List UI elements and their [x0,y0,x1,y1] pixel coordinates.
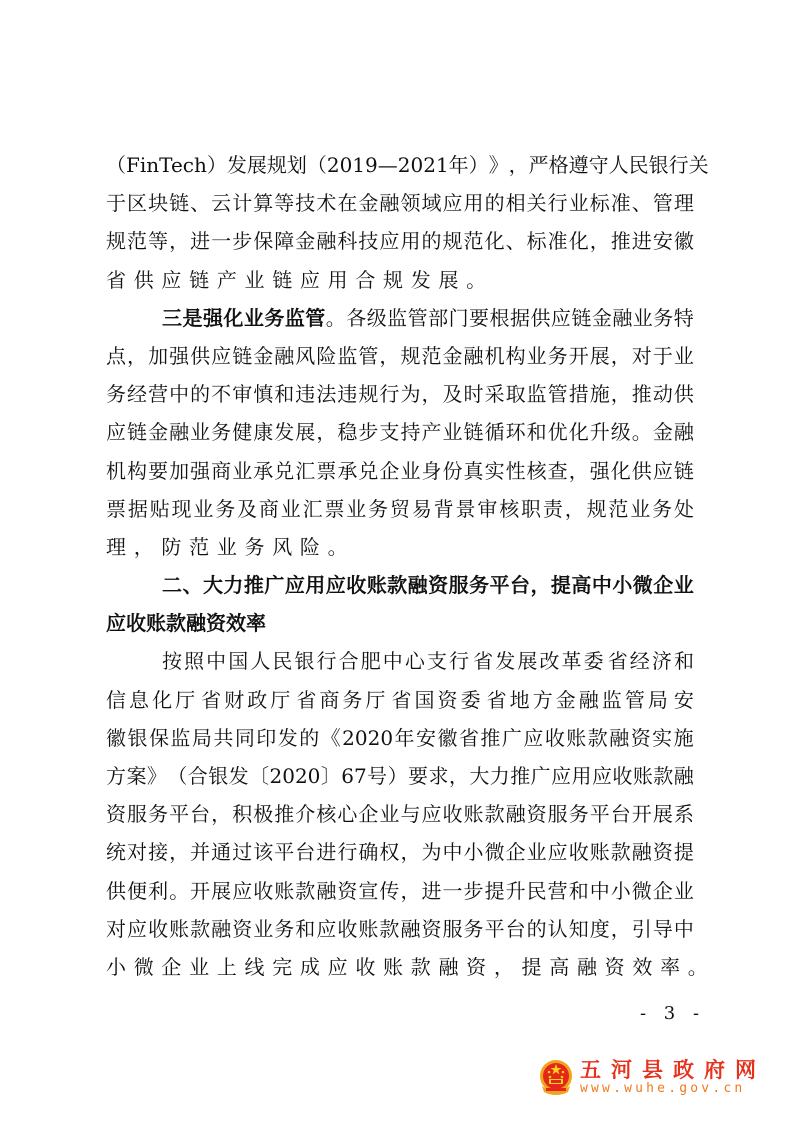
watermark-url: www.wuhe.gov.cn [580,1082,766,1096]
text-line: 按照中国人民银行合肥中心支行 省发展改革委 省经济和 [106,642,694,680]
site-watermark: 五河县政府网 www.wuhe.gov.cn [538,1058,766,1096]
text-line: 徽银保监局共同印发的《2020年安徽省推广应收账款融资实施 [106,719,694,757]
text-line: 小微企业上线完成应收账款融资，提高融资效率。 [106,948,694,986]
text-line: 省供应链产业链应用合规发展。 [106,261,694,299]
section-heading: 二、大力推广应用应收账款融资服务平台，提高中小微企业 [106,566,694,604]
text-line: 规范等，进一步保障金融科技应用的规范化、标准化，推进安徽 [106,222,694,260]
text-line: 统对接，并通过该平台进行确权，为中小微企业应收账款融资提 [106,833,694,871]
text-line: 于区块链、云计算等技术在金融领域应用的相关行业标准、管理 [106,184,694,222]
text-line: 点，加强供应链金融风险监管，规范金融机构业务开展，对于业 [106,337,694,375]
text-line: 应链金融业务健康发展，稳步支持产业链循环和优化升级。金融 [106,413,694,451]
text-line: 票据贴现业务及商业汇票业务贸易背景审核职责，规范业务处 [106,490,694,528]
text-line: 务经营中的不审慎和违法违规行为，及时采取监管措施，推动供 [106,375,694,413]
section-heading: 应收账款融资效率 [106,604,694,642]
text-line: （FinTech）发展规划（2019—2021年）》，严格遵守人民银行关 [106,146,694,184]
page-number: - 3 - [640,1003,705,1024]
section-lead-line: 三是强化业务监管。各级监管部门要根据供应链金融业务特 [106,299,694,337]
text-line: 资服务平台，积极推介核心企业与应收账款融资服务平台开展系 [106,795,694,833]
text-line: 理，防范业务风险。 [106,528,694,566]
text-line: 信息化厅 省财政厅 省商务厅 省国资委 省地方金融监管局 安 [106,681,694,719]
text-line: 机构要加强商业承兑汇票承兑企业身份真实性核查，强化供应链 [106,452,694,490]
watermark-title: 五河县政府网 [580,1058,766,1082]
text-line: 供便利。开展应收账款融资宣传，进一步提升民营和中小微企业 [106,872,694,910]
text-line: 对应收账款融资业务和应收账款融资服务平台的认知度，引导中 [106,910,694,948]
text-line: 方案》（合银发〔2020〕67号）要求，大力推广应用应收账款融 [106,757,694,795]
national-emblem-icon [538,1058,574,1096]
document-page: （FinTech）发展规划（2019—2021年）》，严格遵守人民银行关 于区块… [0,0,793,1122]
body-text: （FinTech）发展规划（2019—2021年）》，严格遵守人民银行关 于区块… [106,146,694,986]
